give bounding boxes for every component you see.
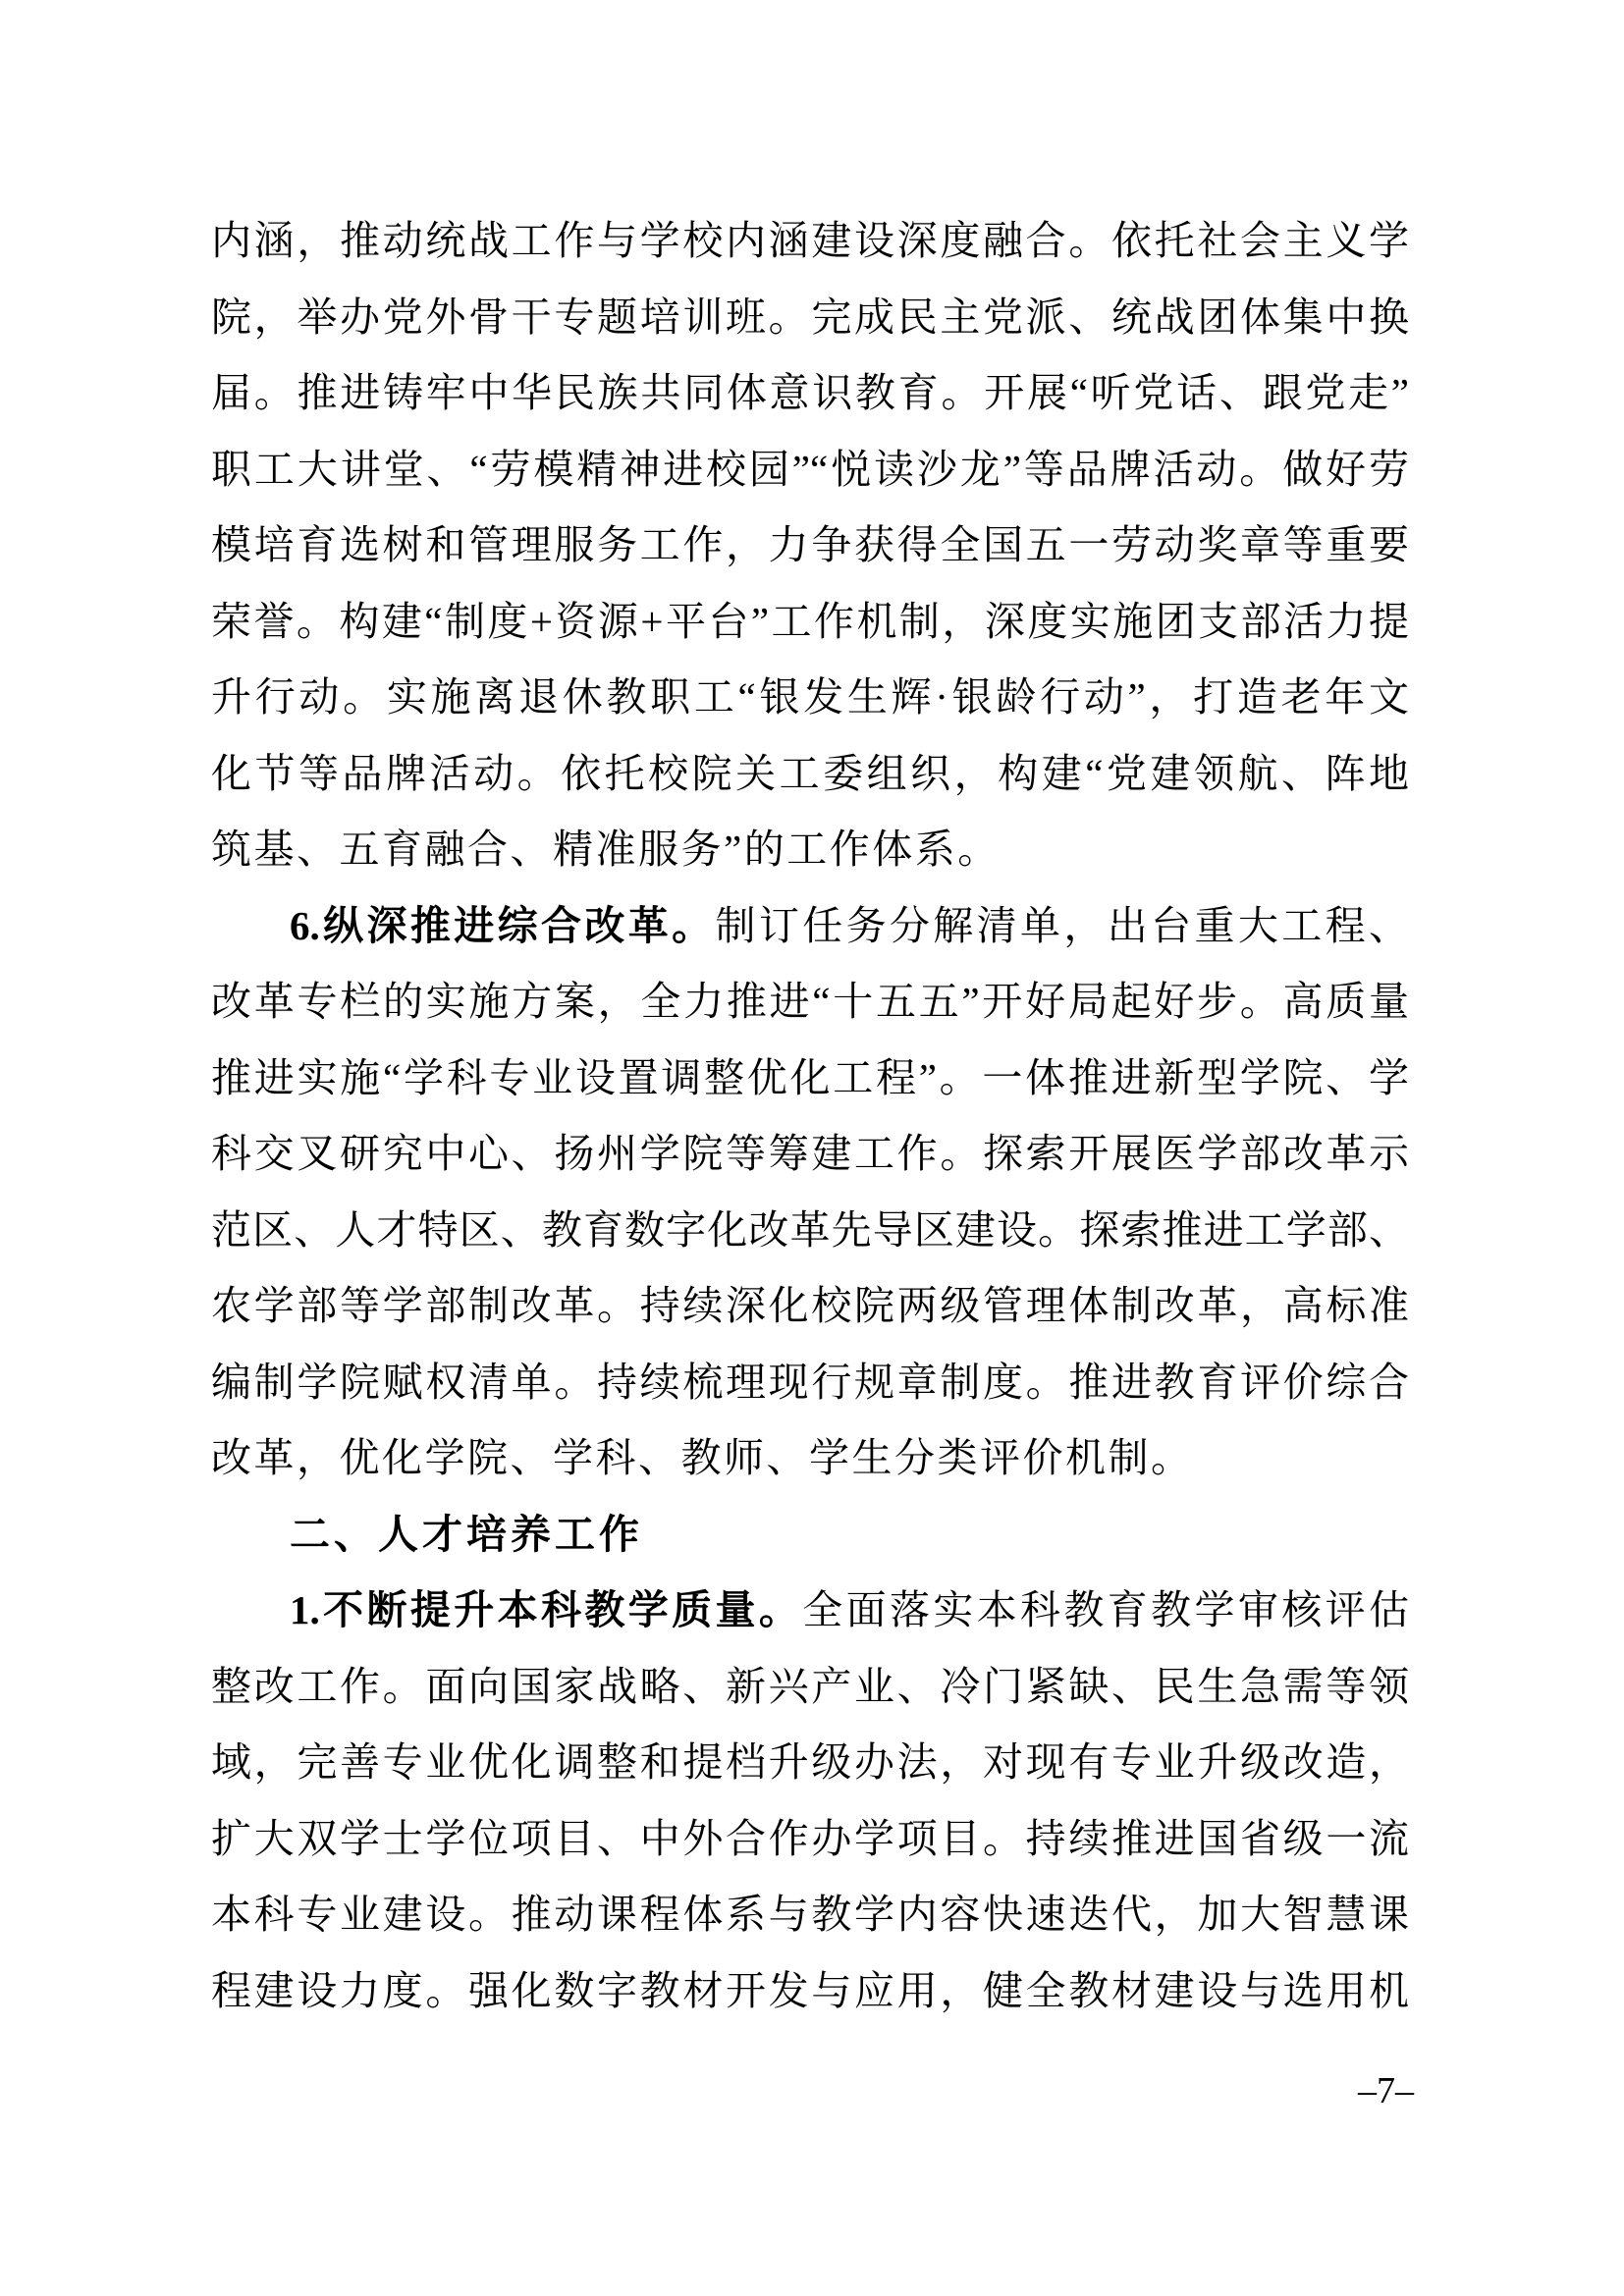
document-body: 内涵，推动统战工作与学校内涵建设深度融合。依托社会主义学院，举办党外骨干专题培训…: [211, 203, 1409, 2029]
text-run: 范区、人才特区、教育数字化改革先导区建设。探索推进工学部、: [211, 1207, 1409, 1253]
text-run: 制订任务分解清单，出台重大工程、: [715, 903, 1409, 948]
text-line: 改革专栏的实施方案，全力推进“十五五”开好局起好步。高质量: [211, 964, 1409, 1041]
text-line: 扩大双学士学位项目、中外合作办学项目。持续推进国省级一流: [211, 1801, 1409, 1878]
text-line: 筑基、五育融合、精准服务”的工作体系。: [211, 812, 1409, 888]
bold-text-run: 二、人才培养工作: [290, 1512, 643, 1557]
text-run: 科交叉研究中心、扬州学院等筹建工作。探索开展医学部改革示: [211, 1131, 1409, 1176]
text-run: 职工大讲堂、“劳模精神进校园”“悦读沙龙”等品牌活动。做好劳: [211, 447, 1409, 492]
text-line: 农学部等学部制改革。持续深化校院两级管理体制改革，高标准: [211, 1268, 1409, 1345]
text-run: 域，完善专业优化调整和提档升级办法，对现有专业升级改造，: [211, 1739, 1409, 1785]
text-line: 程建设力度。强化数字教材开发与应用，健全教材建设与选用机: [211, 1953, 1409, 2030]
bold-text-run: 1.不断提升本科教学质量。: [290, 1587, 802, 1632]
text-run: 院，举办党外骨干专题培训班。完成民主党派、统战团体集中换: [211, 294, 1409, 340]
text-run: 推进实施“学科专业设置调整优化工程”。一体推进新型学院、学: [211, 1055, 1409, 1100]
text-run: 本科专业建设。推动课程体系与教学内容快速迭代，加大智慧课: [211, 1892, 1409, 1937]
text-run: 升行动。实施离退休教职工“银发生辉·银龄行动”，打造老年文: [211, 674, 1409, 720]
text-line: 荣誉。构建“制度+资源+平台”工作机制，深度实施团支部活力提: [211, 584, 1409, 661]
text-run: 模培育选树和管理服务工作，力争获得全国五一劳动奖章等重要: [211, 522, 1409, 567]
text-line: 1.不断提升本科教学质量。全面落实本科教育教学审核评估: [211, 1573, 1409, 1649]
text-run: 全面落实本科教育教学审核评估: [802, 1587, 1409, 1632]
text-line: 本科专业建设。推动课程体系与教学内容快速迭代，加大智慧课: [211, 1877, 1409, 1953]
text-run: 届。推进铸牢中华民族共同体意识教育。开展“听党话、跟党走”: [211, 370, 1409, 415]
text-run: 整改工作。面向国家战略、新兴产业、冷门紧缺、民生急需等领: [211, 1664, 1409, 1709]
text-line: 职工大讲堂、“劳模精神进校园”“悦读沙龙”等品牌活动。做好劳: [211, 432, 1409, 508]
text-line: 推进实施“学科专业设置调整优化工程”。一体推进新型学院、学: [211, 1041, 1409, 1117]
text-line: 6.纵深推进综合改革。制订任务分解清单，出台重大工程、: [211, 888, 1409, 965]
text-run: 编制学院赋权清单。持续梳理现行规章制度。推进教育评价综合: [211, 1360, 1409, 1405]
text-line: 编制学院赋权清单。持续梳理现行规章制度。推进教育评价综合: [211, 1345, 1409, 1421]
text-run: 农学部等学部制改革。持续深化校院两级管理体制改革，高标准: [211, 1283, 1409, 1328]
page-number: –7–: [1358, 2069, 1414, 2112]
text-run: 内涵，推动统战工作与学校内涵建设深度融合。依托社会主义学: [211, 218, 1409, 263]
text-line: 模培育选树和管理服务工作，力争获得全国五一劳动奖章等重要: [211, 507, 1409, 584]
text-line: 域，完善专业优化调整和提档升级办法，对现有专业升级改造，: [211, 1725, 1409, 1801]
text-line: 化节等品牌活动。依托校院关工委组织，构建“党建领航、阵地: [211, 736, 1409, 813]
text-line: 届。推进铸牢中华民族共同体意识教育。开展“听党话、跟党走”: [211, 355, 1409, 432]
text-line: 范区、人才特区、教育数字化改革先导区建设。探索推进工学部、: [211, 1193, 1409, 1269]
text-run: 扩大双学士学位项目、中外合作办学项目。持续推进国省级一流: [211, 1816, 1409, 1861]
text-run: 程建设力度。强化数字教材开发与应用，健全教材建设与选用机: [211, 1968, 1409, 2013]
section-heading-line: 二、人才培养工作: [211, 1497, 1409, 1574]
text-line: 升行动。实施离退休教职工“银发生辉·银龄行动”，打造老年文: [211, 660, 1409, 736]
text-run: 筑基、五育融合、精准服务”的工作体系。: [211, 827, 1001, 872]
text-line: 整改工作。面向国家战略、新兴产业、冷门紧缺、民生急需等领: [211, 1649, 1409, 1726]
text-line: 院，举办党外骨干专题培训班。完成民主党派、统战团体集中换: [211, 280, 1409, 356]
text-line: 科交叉研究中心、扬州学院等筹建工作。探索开展医学部改革示: [211, 1116, 1409, 1193]
text-run: 化节等品牌活动。依托校院关工委组织，构建“党建领航、阵地: [211, 751, 1409, 796]
text-run: 改革专栏的实施方案，全力推进“十五五”开好局起好步。高质量: [211, 979, 1409, 1024]
text-run: 改革，优化学院、学科、教师、学生分类评价机制。: [211, 1435, 1194, 1480]
text-line: 改革，优化学院、学科、教师、学生分类评价机制。: [211, 1420, 1409, 1497]
text-run: 荣誉。构建“制度+资源+平台”工作机制，深度实施团支部活力提: [211, 599, 1409, 644]
text-line: 内涵，推动统战工作与学校内涵建设深度融合。依托社会主义学: [211, 203, 1409, 280]
bold-text-run: 6.纵深推进综合改革。: [290, 903, 715, 948]
document-page: 内涵，推动统战工作与学校内涵建设深度融合。依托社会主义学院，举办党外骨干专题培训…: [0, 0, 1624, 2296]
